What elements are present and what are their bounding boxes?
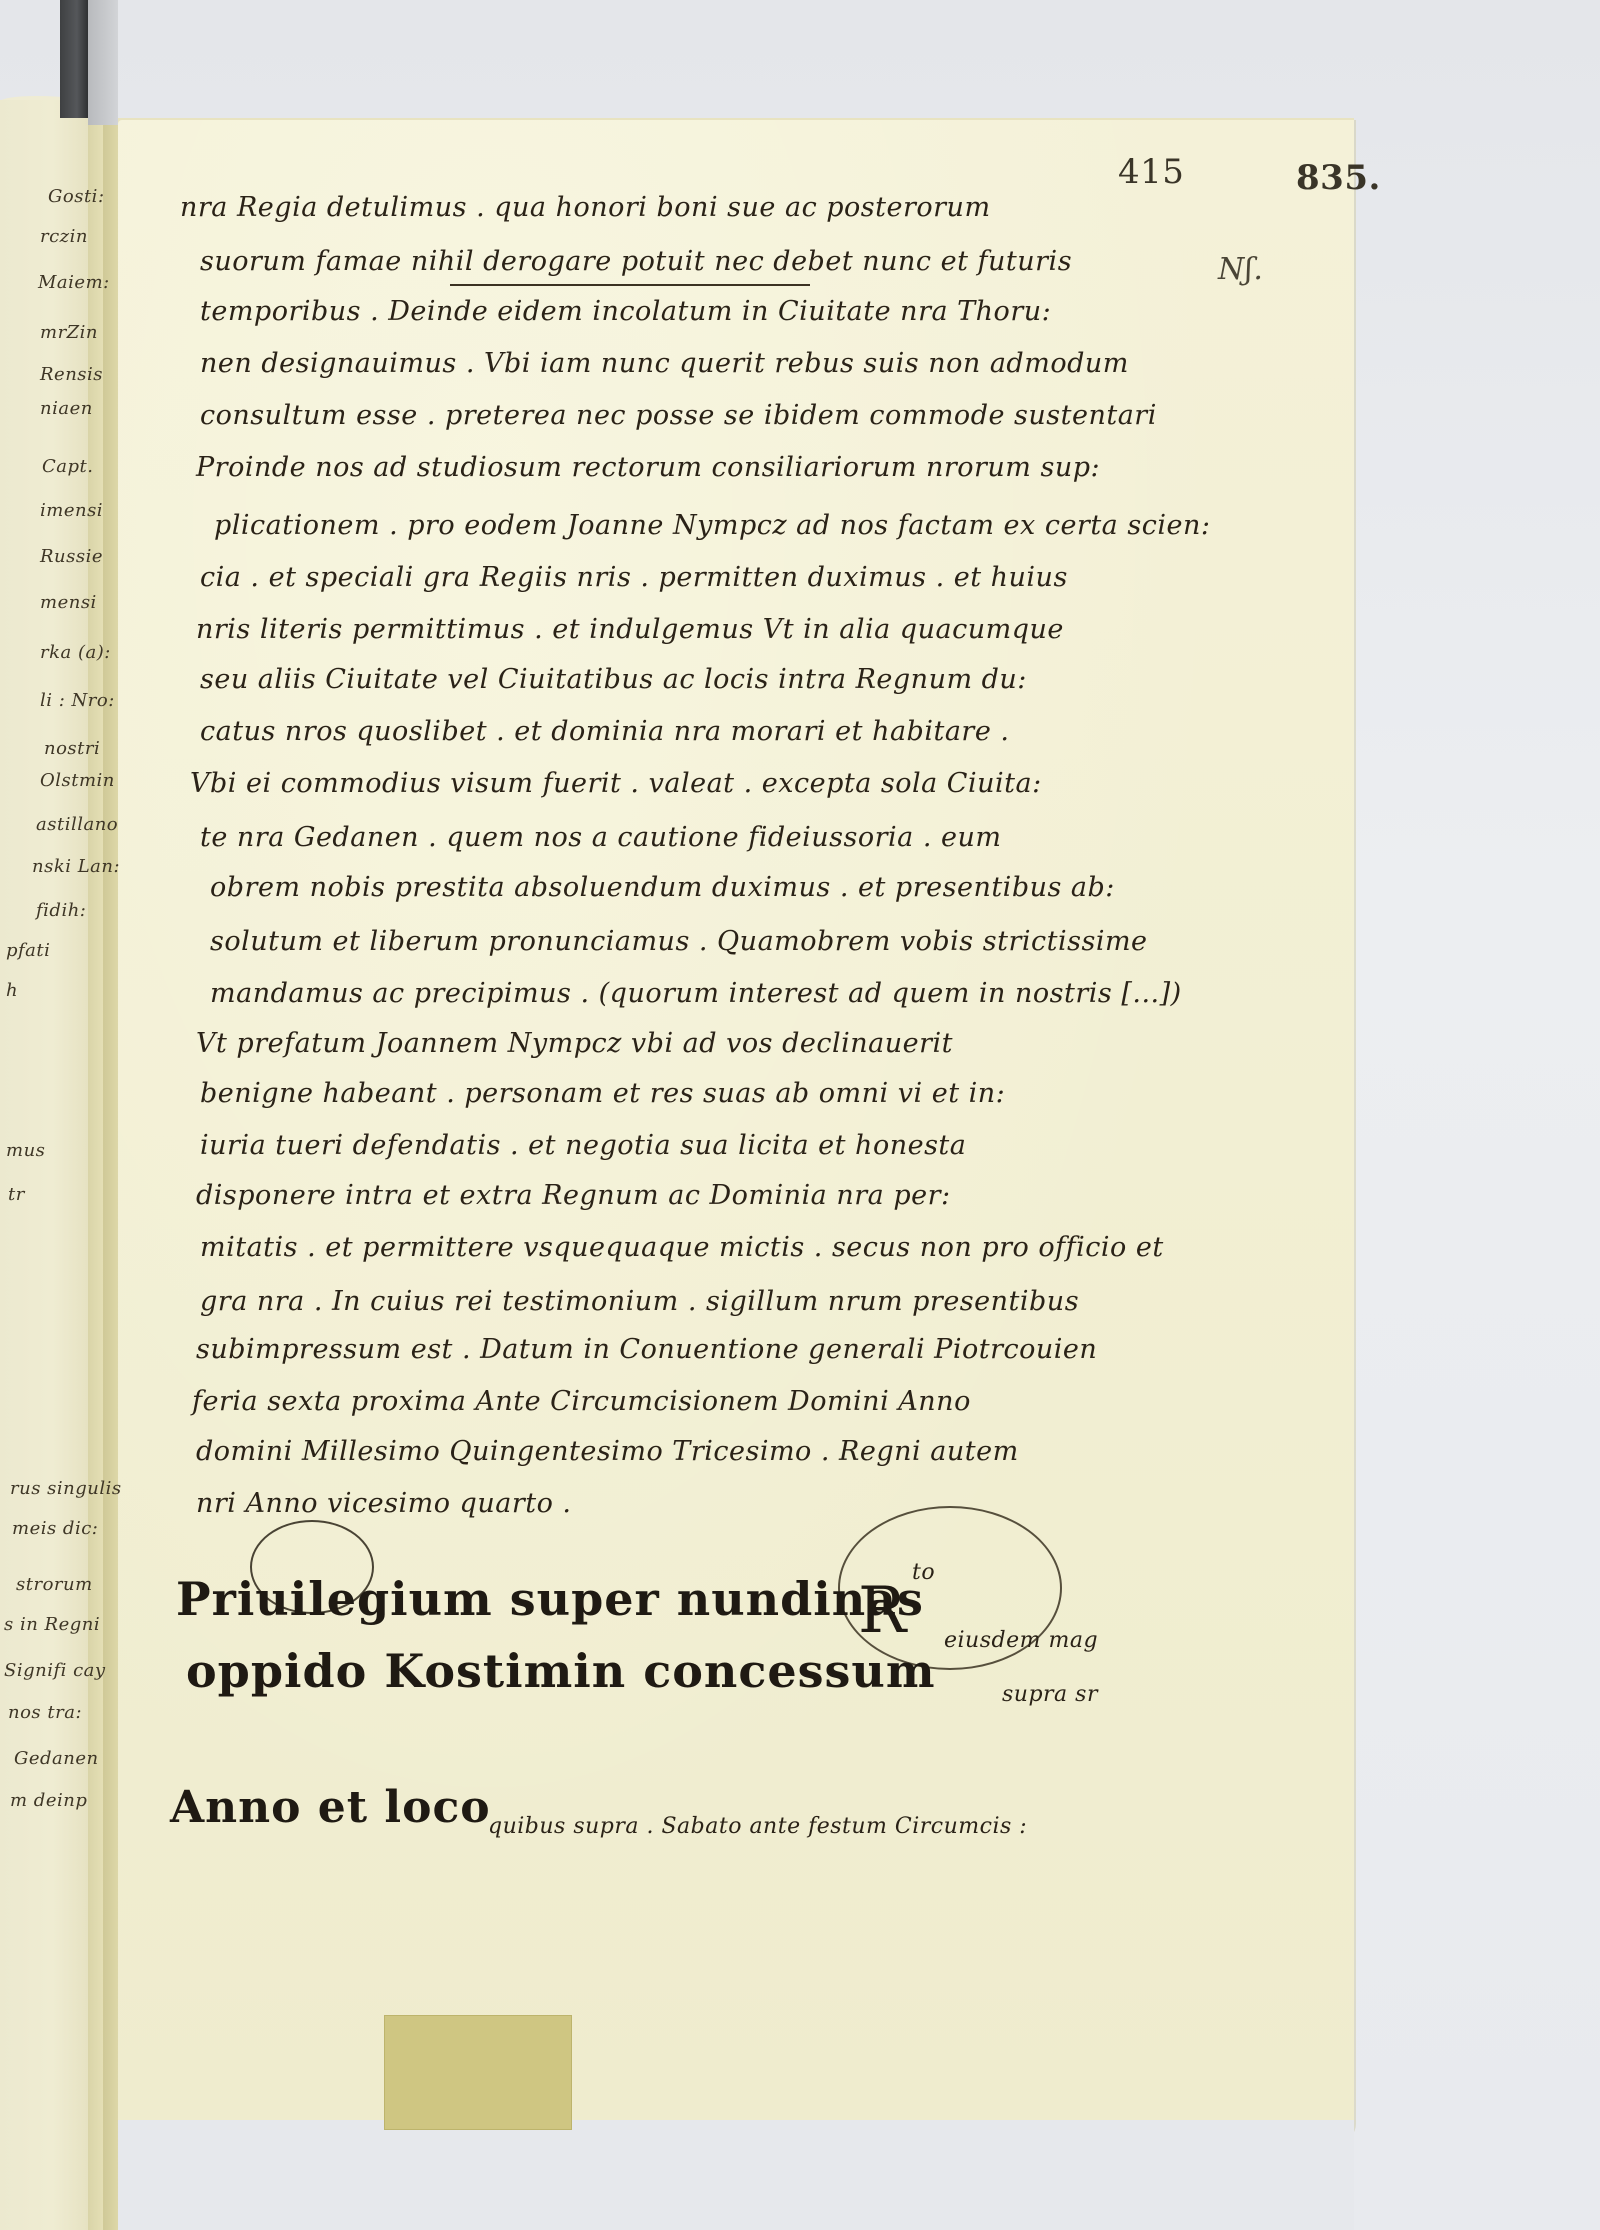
folio-number-pencil: 415 — [1118, 152, 1184, 192]
left-fragment: nos tra: — [8, 1702, 82, 1723]
left-fragment: Gedanen — [14, 1748, 99, 1769]
left-fragment: nostri — [44, 738, 100, 759]
folio-number-ink: 835. — [1296, 158, 1381, 198]
left-fragment: rus singulis — [10, 1478, 122, 1499]
text-line: mandamus ac precipimus . (quorum interes… — [210, 978, 1182, 1009]
heading-line-1: Priuilegium super nundinas — [176, 1572, 924, 1626]
left-fragment: s in Regni — [4, 1614, 100, 1635]
left-fragment: niaen — [40, 398, 93, 419]
closing-lead: Anno et loco — [170, 1782, 491, 1833]
left-fragment: meis dic: — [12, 1518, 98, 1539]
left-fragment: nski Lan: — [32, 856, 120, 877]
text-line: cia . et speciali gra Regiis nris . perm… — [200, 562, 1068, 593]
text-line: te nra Gedanen . quem nos a cautione fid… — [200, 822, 1001, 853]
text-line: nris literis permittimus . et indulgemus… — [196, 614, 1064, 645]
text-line: disponere intra et extra Regnum ac Domin… — [196, 1180, 951, 1211]
text-line: solutum et liberum pronunciamus . Quamob… — [210, 926, 1148, 957]
side-note: eiusdem mag — [944, 1628, 1098, 1653]
left-fragment: m deinp — [10, 1790, 87, 1811]
text-line: obrem nobis prestita absoluendum duximus… — [210, 872, 1115, 903]
side-note: supra sr — [1002, 1682, 1098, 1707]
left-fragment: Gosti: — [48, 186, 105, 207]
left-fragment: h — [6, 980, 18, 1001]
left-fragment: tr — [8, 1184, 25, 1205]
closing-rest: quibus supra . Sabato ante festum Circum… — [488, 1814, 1027, 1839]
left-fragment: mensi — [40, 592, 97, 613]
text-line: seu aliis Ciuitate vel Ciuitatibus ac lo… — [200, 664, 1027, 695]
facing-page-left — [0, 100, 88, 2230]
left-fragment: Signifi cay — [4, 1660, 106, 1681]
left-fragment: astillano — [36, 814, 118, 835]
text-line: mitatis . et permittere vsquequaque mict… — [200, 1232, 1164, 1263]
left-fragment: rczin — [40, 226, 88, 247]
left-fragment: mrZin — [40, 322, 98, 343]
left-fragment: Russie — [40, 546, 103, 567]
left-fragment: strorum — [16, 1574, 93, 1595]
book-clamp-highlight — [88, 0, 118, 125]
heading-line-2: oppido Kostimin concessum — [186, 1644, 936, 1698]
left-fragment: Maiem: — [38, 272, 110, 293]
text-line: nen designauimus . Vbi iam nunc querit r… — [200, 348, 1129, 379]
text-line: feria sexta proxima Ante Circumcisionem … — [192, 1386, 971, 1417]
text-line: Vt prefatum Joannem Nympcz vbi ad vos de… — [196, 1028, 953, 1059]
text-line: consultum esse . preterea nec posse se i… — [200, 400, 1157, 431]
gutter-strip-inner — [103, 125, 118, 2230]
left-fragment: fidih: — [36, 900, 86, 921]
gutter-strip — [88, 125, 103, 2230]
text-line: subimpressum est . Datum in Conuentione … — [196, 1334, 1097, 1365]
sigil-initial: R — [858, 1574, 907, 1648]
text-line: benigne habeant . personam et res suas a… — [200, 1078, 1005, 1109]
left-fragment: Capt. — [42, 456, 93, 477]
left-fragment: mus — [6, 1140, 45, 1161]
text-line: nra Regia detulimus . qua honori boni su… — [180, 192, 991, 223]
text-line: suorum famae nihil derogare potuit nec d… — [200, 246, 1072, 277]
text-line: gra nra . In cuius rei testimonium . sig… — [200, 1286, 1079, 1317]
left-fragment: Rensis — [40, 364, 103, 385]
text-line: plicationem . pro eodem Joanne Nympcz ad… — [214, 510, 1210, 541]
text-line: Proinde nos ad studiosum rectorum consil… — [196, 452, 1100, 483]
marginal-note: Nʃ. — [1218, 252, 1263, 287]
left-fragment: imensi — [40, 500, 103, 521]
text-line: catus nros quoslibet . et dominia nra mo… — [200, 716, 1009, 747]
text-underline — [450, 284, 810, 286]
left-fragment: Olstmin — [40, 770, 115, 791]
text-line: temporibus . Deinde eidem incolatum in C… — [200, 296, 1051, 327]
sigil-superscript: to — [912, 1560, 935, 1585]
scanner-background-bottom — [118, 2120, 1354, 2230]
text-line: Vbi ei commodius visum fuerit . valeat .… — [190, 768, 1042, 799]
text-line: domini Millesimo Quingentesimo Tricesimo… — [196, 1436, 1019, 1467]
book-clamp — [60, 0, 88, 118]
paper-tab — [384, 2015, 572, 2130]
left-fragment: li : Nro: — [40, 690, 115, 711]
left-fragment: pfati — [6, 940, 50, 961]
text-line: nri Anno vicesimo quarto . — [196, 1488, 572, 1519]
left-fragment: rka (a): — [40, 642, 111, 663]
text-line: iuria tueri defendatis . et negotia sua … — [200, 1130, 966, 1161]
